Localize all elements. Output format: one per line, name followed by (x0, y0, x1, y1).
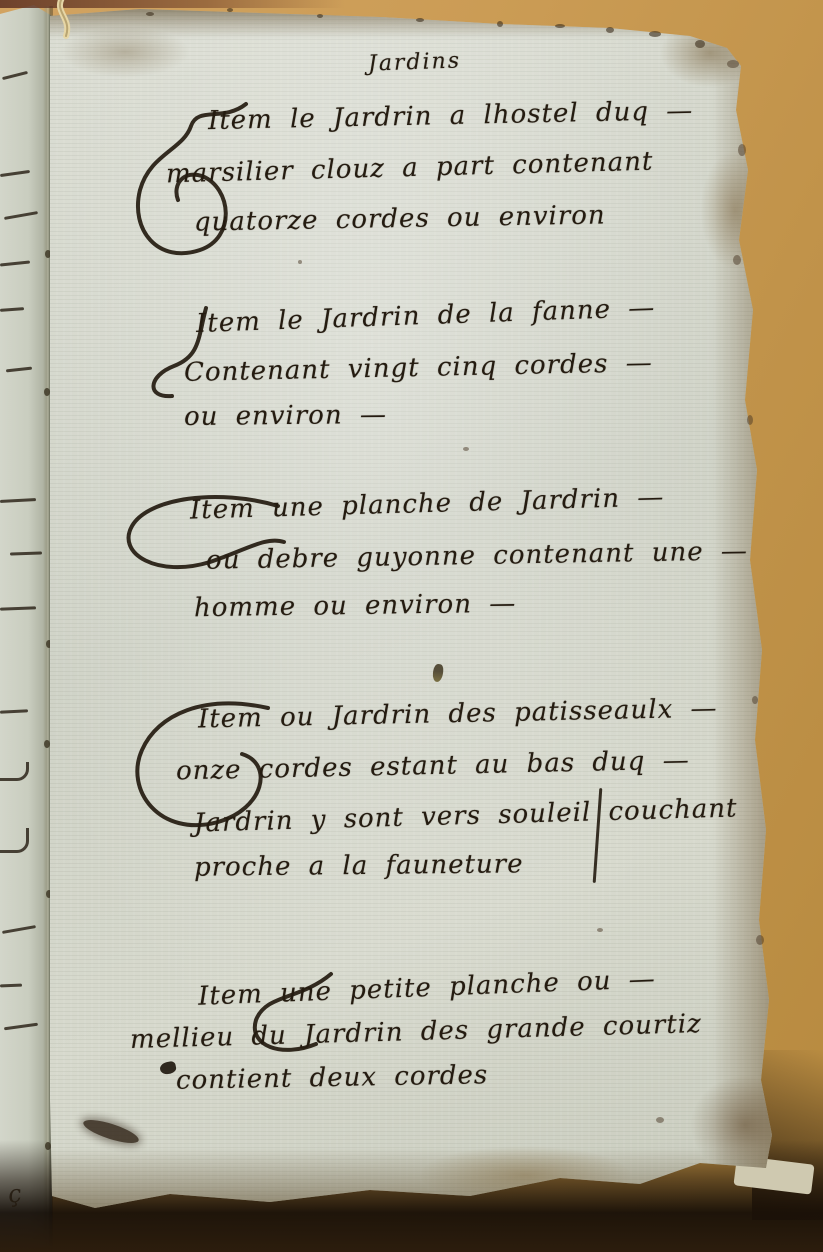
sewing-knot (44, 740, 50, 748)
entry-line: homme ou environ — (194, 590, 517, 624)
foxing-stain (660, 18, 760, 88)
ink-fragment (6, 367, 32, 373)
ink-fragment (0, 984, 22, 988)
ink-fragment (4, 211, 38, 220)
ink-fragment (0, 307, 24, 312)
sewing-knot (44, 388, 50, 396)
entry-line: proche a la fauneture (194, 850, 524, 883)
ink-fragment (0, 709, 28, 713)
entry-line: contient deux cordes (176, 1061, 489, 1096)
ink-blot (432, 664, 444, 683)
ink-fragment (0, 762, 29, 781)
entry-line: Contenant vingt cinq cordes — (184, 349, 653, 389)
ink-fragment (0, 606, 36, 610)
ink-blot (159, 1060, 177, 1075)
entry-line: quatorze cordes ou environ (194, 201, 606, 238)
ink-fragment (2, 925, 36, 934)
foxing-stain (60, 26, 190, 78)
ink-fragment (0, 170, 30, 177)
foxing-stain (700, 150, 770, 270)
ink-fragment (0, 498, 36, 503)
ink-fragment (0, 260, 30, 266)
manuscript-page: Jardins Item le Jardrin a lhostel duq — … (0, 0, 823, 1252)
ink-fragment (2, 71, 28, 80)
top-edge-shadow (0, 0, 345, 8)
ink-fragment (4, 1023, 38, 1031)
ink-fragment (0, 828, 29, 853)
manuscript-photo: Jardins Item le Jardrin a lhostel duq — … (0, 0, 823, 1252)
ink-fragment (10, 551, 42, 555)
entry-line: mellieu du Jardrin des grande courtiz (130, 1010, 703, 1056)
entry-line: Item le Jardrin a lhostel duq — (208, 97, 694, 137)
page-title: Jardins (368, 48, 462, 77)
entry-line: ou environ — (184, 401, 387, 433)
